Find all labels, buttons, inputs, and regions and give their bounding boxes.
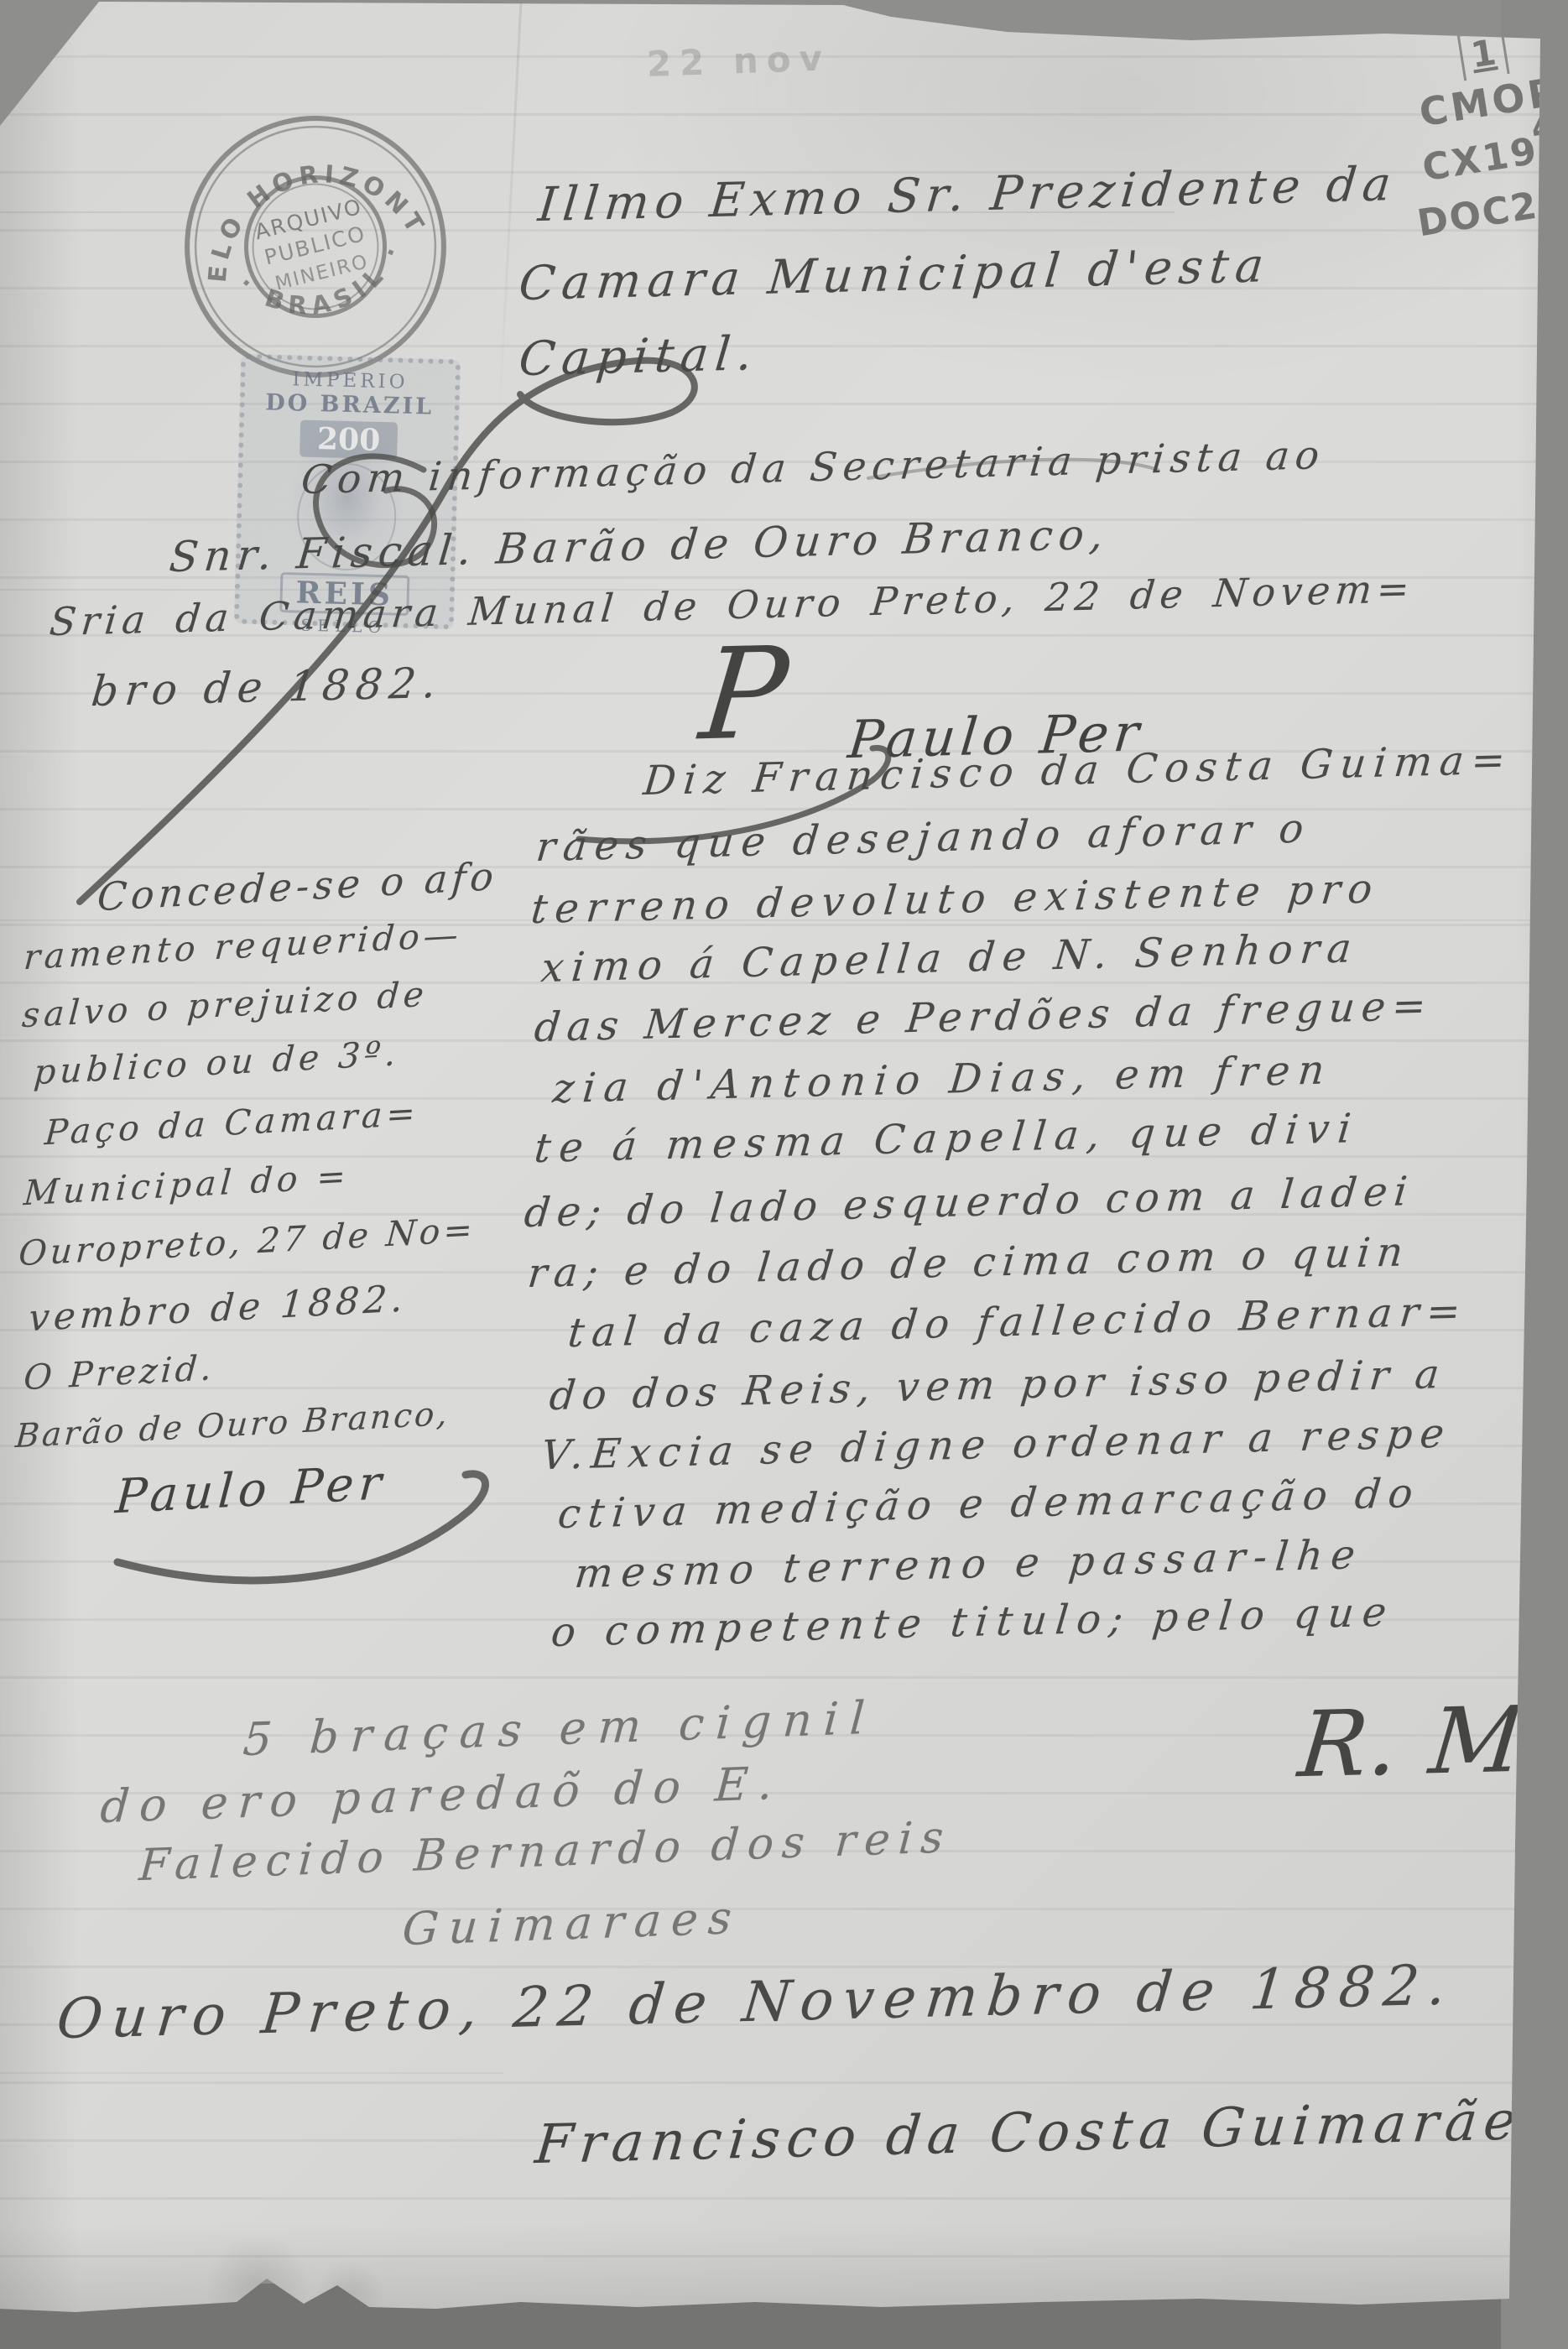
heading-line-1: Illmo Exmo Sr. Prezidente da <box>536 157 1399 232</box>
paper: 22 nov 1 CMOP 4 CX19 DOC22 BELO HORIZONT… <box>0 0 1568 2349</box>
revenue-stamp-value: 200 <box>300 420 397 460</box>
heading-line-3: Capital. <box>517 326 762 387</box>
revenue-stamp-country-2: DO BRAZIL <box>244 389 455 421</box>
pencil-annotation-line-1: 5 braças em cignil <box>242 1691 878 1767</box>
margin-despacho-line-5: Paço da Camara= <box>44 1093 421 1154</box>
pencil-annotation-line-4: Guimaraes <box>401 1891 743 1956</box>
petition-line-4: ximo á Capella de N. Senhora <box>539 924 1361 992</box>
petitioner-signature: Francisco da Costa Guimarães <box>533 2089 1560 2176</box>
petition-line-12: V.Excia se digne ordenar a respe <box>539 1409 1453 1479</box>
margin-despacho-line-4: publico ou de 3º. <box>33 1033 402 1092</box>
petition-line-7: te á mesma Capella, que divi <box>532 1105 1361 1172</box>
dateline: Ouro Preto, 22 de Novembro de 1882. <box>54 1952 1458 2051</box>
heading-line-2: Camara Municipal d'esta <box>517 238 1273 311</box>
petition-line-13: ctiva medição e demarcação do <box>555 1470 1422 1538</box>
petition-line-10: tal da caza do fallecido Bernar= <box>565 1288 1470 1357</box>
petition-line-5: das Mercez e Perdões da fregue= <box>532 982 1435 1051</box>
margin-despacho-line-7: Ouropreto, 27 de No= <box>18 1209 477 1273</box>
crease-horizontal-4 <box>0 2072 503 2074</box>
secretaria-note-line-4: bro de 1882. <box>89 659 445 716</box>
margin-signature: Paulo Per <box>113 1456 388 1524</box>
margin-despacho-line-6: Municipal do = <box>23 1156 352 1214</box>
secretaria-rubric: P <box>695 621 794 769</box>
petition-line-6: zia d'Antonio Dias, em fren <box>550 1046 1335 1112</box>
petition-line-8: de; do lado esquerdo com a ladei <box>522 1168 1415 1237</box>
margin-despacho-line-3: salvo o prejuizo de <box>21 974 430 1036</box>
petition-line-11: do dos Reis, vem por isso pedir a <box>547 1351 1448 1419</box>
pencil-date-note: 22 nov <box>646 37 831 85</box>
box-mark: CX19 <box>1420 129 1542 190</box>
petition-line-9: ra; e do lado de cima com o quin <box>525 1228 1411 1297</box>
petition-line-2: rães que desejando aforar o <box>534 805 1313 871</box>
margin-despacho-line-2: ramento requerido— <box>23 914 464 978</box>
margin-despacho-line-8: vembro de 1882. <box>27 1277 408 1340</box>
document-scan: 22 nov 1 CMOP 4 CX19 DOC22 BELO HORIZONT… <box>0 0 1568 2349</box>
petition-line-15: o competente titulo; pelo que <box>549 1588 1397 1656</box>
margin-despacho-line-9: O Prezid. <box>23 1347 216 1398</box>
petition-line-3: terreno devoluto existente pro <box>529 865 1382 933</box>
margin-despacho-line-10: Barão de Ouro Branco, <box>14 1395 451 1456</box>
margin-despacho-line-1: Concede-se o afo <box>96 853 499 919</box>
petition-line-14: mesmo terreno e passar-lhe <box>572 1531 1365 1597</box>
